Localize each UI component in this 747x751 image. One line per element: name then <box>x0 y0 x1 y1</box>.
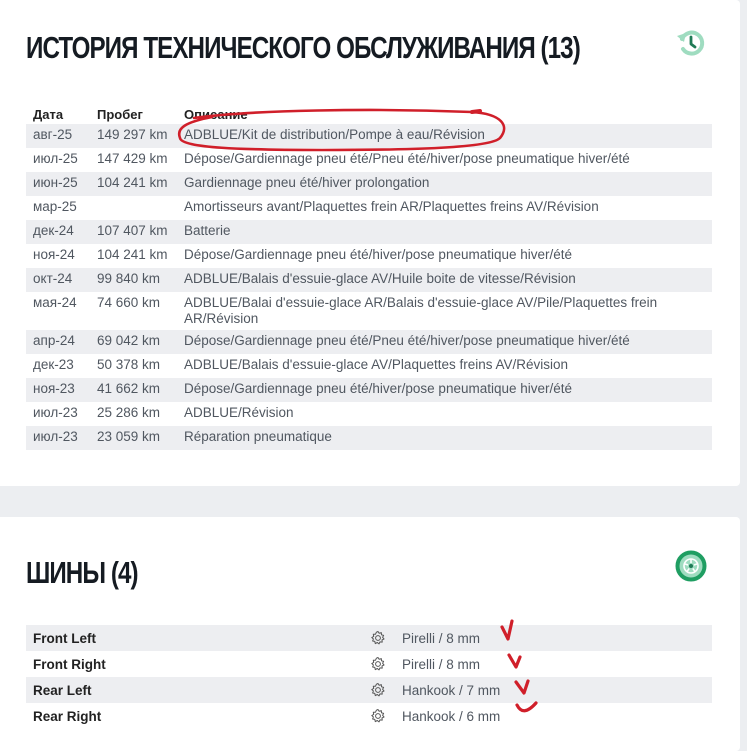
date-cell: ноя-24 <box>26 244 90 268</box>
table-row: мая-2474 660 kmADBLUE/Balai d'essuie-gla… <box>26 292 712 330</box>
table-row: ноя-24104 241 kmDépose/Gardiennage pneu … <box>26 244 712 268</box>
tire-position: Rear Left <box>33 683 92 698</box>
table-row: мар-25Amortisseurs avant/Plaquettes frei… <box>26 196 712 220</box>
date-cell: июл-23 <box>26 402 90 426</box>
history-clock-icon <box>674 26 708 60</box>
table-row: дек-2350 378 kmADBLUE/Balais d'essuie-gl… <box>26 354 712 378</box>
tire-brand-depth: Pirelli / 8 mm <box>402 631 480 646</box>
description-cell: Batterie <box>177 220 712 244</box>
maintenance-history-card: ИСТОРИЯ ТЕХНИЧЕСКОГО ОБСЛУЖИВАНИЯ (13) Д… <box>0 0 740 486</box>
tire-brand-depth: Pirelli / 8 mm <box>402 657 480 672</box>
gear-icon <box>370 682 386 698</box>
column-header-date: Дата <box>26 104 90 124</box>
table-row: июн-25104 241 kmGardiennage pneu été/hiv… <box>26 172 712 196</box>
tire-row: Rear LeftHankook / 7 mm <box>26 677 712 703</box>
mileage-cell: 147 429 km <box>90 148 177 172</box>
tire-row: Rear RightHankook / 6 mm <box>26 703 712 729</box>
wheel-icon <box>674 549 708 583</box>
gear-icon <box>370 708 386 724</box>
date-cell: июл-25 <box>26 148 90 172</box>
mileage-cell: 107 407 km <box>90 220 177 244</box>
maintenance-history-table: Дата Пробег Описание авг-25149 297 kmADB… <box>26 104 712 450</box>
mileage-cell: 104 241 km <box>90 172 177 196</box>
date-cell: апр-24 <box>26 330 90 354</box>
description-cell: Dépose/Gardiennage pneu été/Pneu été/hiv… <box>177 148 712 172</box>
description-cell: ADBLUE/Balai d'essuie-glace AR/Balais d'… <box>177 292 712 330</box>
section-title: ШИНЫ (4) <box>26 555 138 591</box>
description-cell: Réparation pneumatique <box>177 426 712 450</box>
column-header-description: Описание <box>177 104 712 124</box>
mileage-cell: 99 840 km <box>90 268 177 292</box>
mileage-cell: 104 241 km <box>90 244 177 268</box>
tire-row: Front LeftPirelli / 8 mm <box>26 625 712 651</box>
table-row: апр-2469 042 kmDépose/Gardiennage pneu é… <box>26 330 712 354</box>
tire-brand-depth: Hankook / 7 mm <box>402 683 500 698</box>
date-cell: авг-25 <box>26 124 90 148</box>
description-cell: Amortisseurs avant/Plaquettes frein AR/P… <box>177 196 712 220</box>
date-cell: окт-24 <box>26 268 90 292</box>
mileage-cell: 69 042 km <box>90 330 177 354</box>
mileage-cell: 149 297 km <box>90 124 177 148</box>
date-cell: дек-24 <box>26 220 90 244</box>
tire-brand-depth: Hankook / 6 mm <box>402 709 500 724</box>
table-row: июл-2323 059 kmRéparation pneumatique <box>26 426 712 450</box>
tire-position: Front Left <box>33 631 96 646</box>
gear-icon <box>370 656 386 672</box>
description-cell: ADBLUE/Balais d'essuie-glace AV/Plaquett… <box>177 354 712 378</box>
section-title: ИСТОРИЯ ТЕХНИЧЕСКОГО ОБСЛУЖИВАНИЯ (13) <box>26 30 580 66</box>
column-header-mileage: Пробег <box>90 104 177 124</box>
date-cell: дек-23 <box>26 354 90 378</box>
date-cell: мая-24 <box>26 292 90 330</box>
tires-card: ШИНЫ (4) Front LeftPirelli / 8 mmFront R… <box>0 517 740 751</box>
gear-icon <box>370 630 386 646</box>
description-cell: ADBLUE/Balais d'essuie-glace AV/Huile bo… <box>177 268 712 292</box>
mileage-cell: 41 662 km <box>90 378 177 402</box>
mileage-cell <box>90 196 177 220</box>
description-cell: Dépose/Gardiennage pneu été/hiver/pose p… <box>177 244 712 268</box>
description-cell: Dépose/Gardiennage pneu été/Pneu été/hiv… <box>177 330 712 354</box>
date-cell: июн-25 <box>26 172 90 196</box>
description-cell: Dépose/Gardiennage pneu été/hiver/pose p… <box>177 378 712 402</box>
table-row: окт-2499 840 kmADBLUE/Balais d'essuie-gl… <box>26 268 712 292</box>
date-cell: ноя-23 <box>26 378 90 402</box>
tire-row: Front RightPirelli / 8 mm <box>26 651 712 677</box>
date-cell: июл-23 <box>26 426 90 450</box>
tire-position: Front Right <box>33 657 106 672</box>
tire-position: Rear Right <box>33 709 101 724</box>
date-cell: мар-25 <box>26 196 90 220</box>
mileage-cell: 50 378 km <box>90 354 177 378</box>
table-row: ноя-2341 662 kmDépose/Gardiennage pneu é… <box>26 378 712 402</box>
mileage-cell: 23 059 km <box>90 426 177 450</box>
description-cell: Gardiennage pneu été/hiver prolongation <box>177 172 712 196</box>
description-cell: ADBLUE/Kit de distribution/Pompe à eau/R… <box>177 124 712 148</box>
tires-list: Front LeftPirelli / 8 mmFront RightPirel… <box>26 625 712 729</box>
table-row: авг-25149 297 kmADBLUE/Kit de distributi… <box>26 124 712 148</box>
table-header-row: Дата Пробег Описание <box>26 104 712 124</box>
description-cell: ADBLUE/Révision <box>177 402 712 426</box>
table-row: июл-25147 429 kmDépose/Gardiennage pneu … <box>26 148 712 172</box>
table-row: дек-24107 407 kmBatterie <box>26 220 712 244</box>
mileage-cell: 25 286 km <box>90 402 177 426</box>
table-row: июл-2325 286 kmADBLUE/Révision <box>26 402 712 426</box>
mileage-cell: 74 660 km <box>90 292 177 330</box>
